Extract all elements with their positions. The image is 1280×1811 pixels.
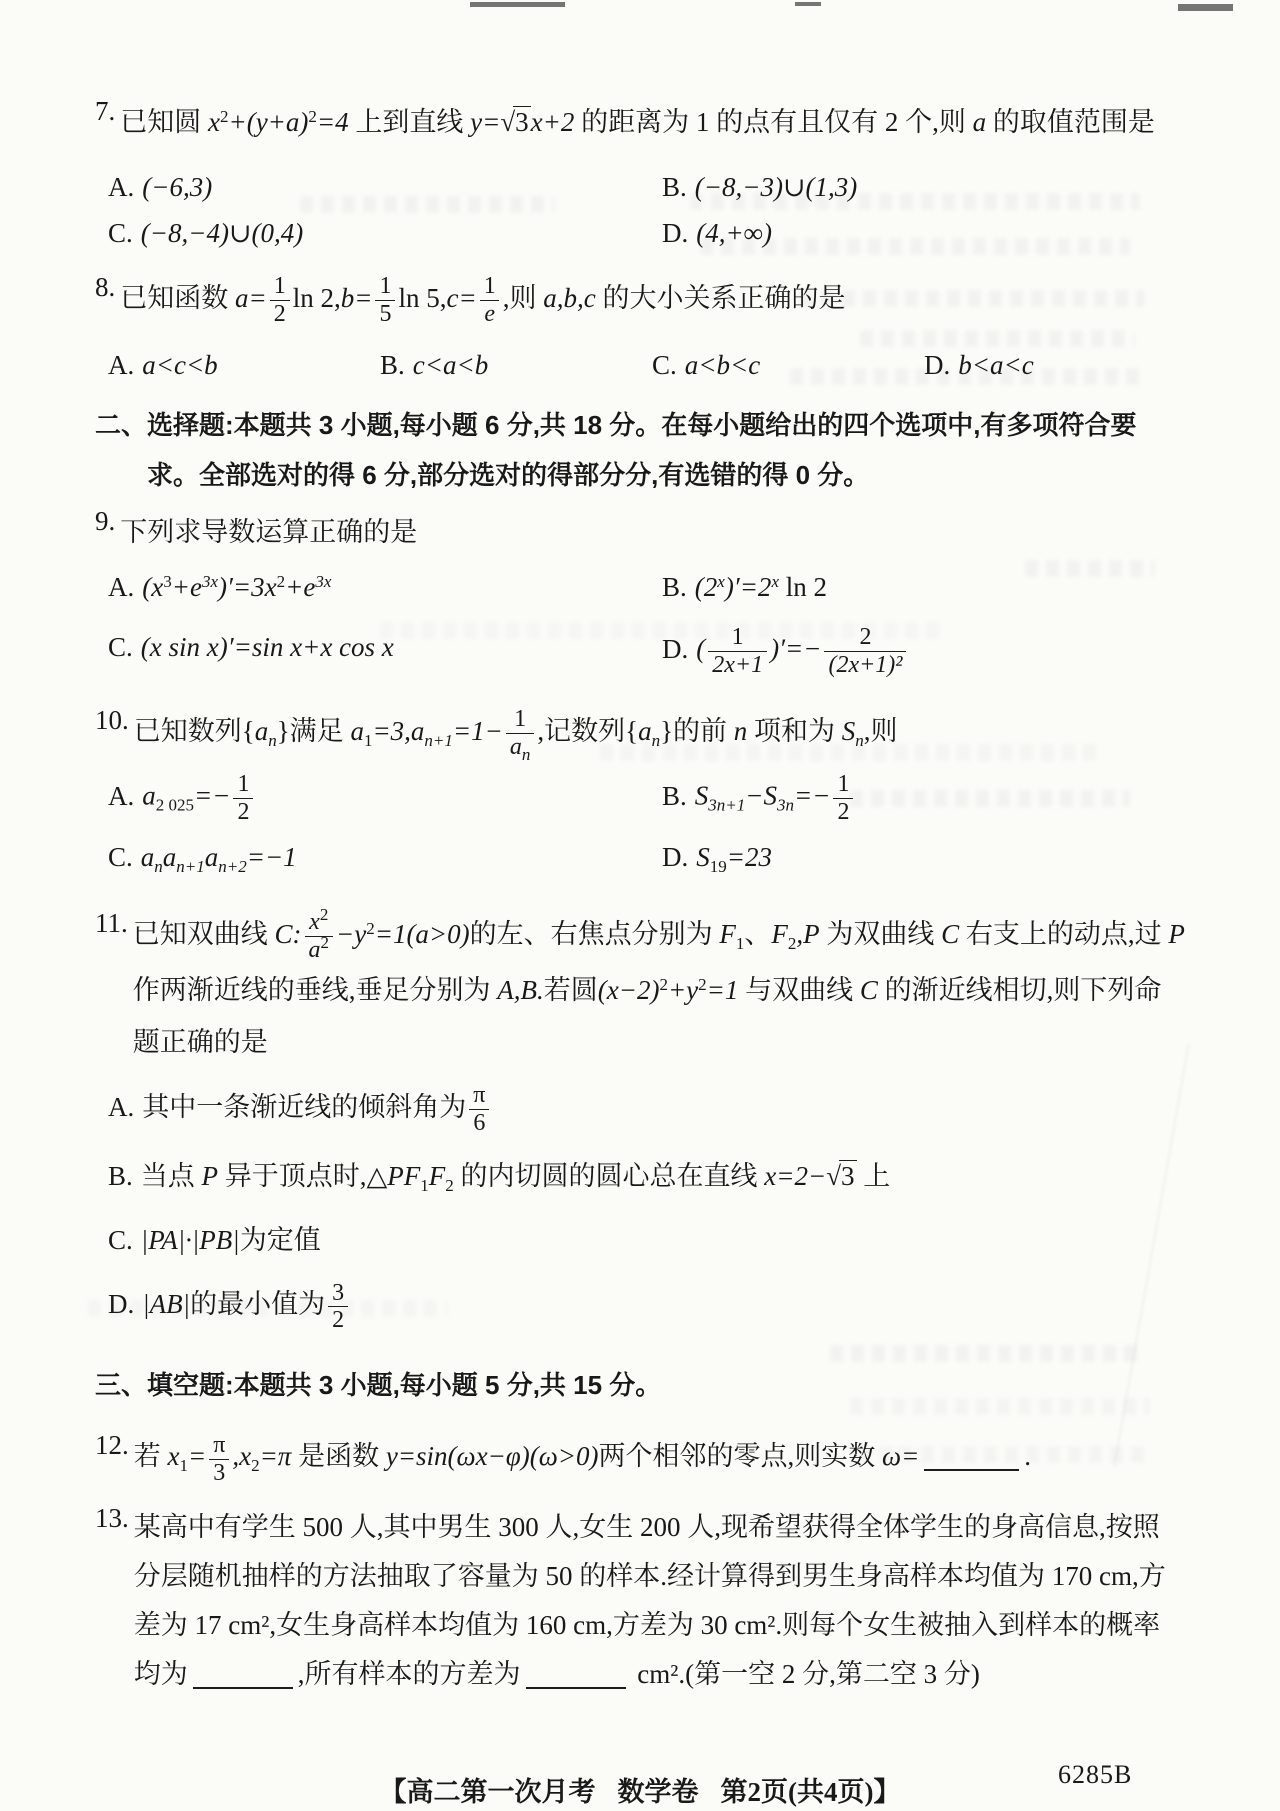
option-D: D.|AB|的最小值为32 [108,1279,1185,1334]
text-run: 下列求导数运算正确的是 [120,517,417,547]
math-fraction: 12 [833,771,853,826]
option-label: C. [108,632,133,662]
fraction-denominator: 5 [375,300,395,328]
math-radical: √3 [826,1161,856,1191]
options-group: A.(−6,3)B.(−8,−3)∪(1,3)C.(−8,−4)∪(0,4)D.… [108,164,1185,256]
section-header: 二、选择题:本题共 3 小题,每小题 6 分,共 18 分。在每小题给出的四个选… [95,400,1185,500]
text-run: 已知圆 [120,107,208,137]
math-superscript: 2 [321,933,330,952]
math-fraction: x2a2 [305,909,334,964]
math-run: A,B. [497,975,544,1005]
text-run: ln 2 [779,572,827,602]
text-run: ,记数列{ [537,716,638,746]
math-run: a,b,c [543,283,595,313]
math-superscript: 2 [659,975,668,994]
fraction-denominator: (2x+1)² [824,651,906,679]
option-D: D.(12x+1)′=−2(2x+1)² [662,624,1185,679]
fraction-denominator: 3 [209,1459,229,1487]
fraction-denominator: e [480,300,499,328]
option-label: B. [662,781,687,811]
question-stem: 已知函数 a=12ln 2,b=15ln 5,c=1e,则 a,b,c 的大小关… [120,272,1185,328]
question-number: 9. [95,506,115,558]
math-superscript: 3x [315,572,331,591]
text-run: ln 5, [398,283,446,313]
blank-field [924,1464,1019,1471]
question: 10.已知数列{an}满足 a1=3,an+1=1−1an,记数列{an}的前 … [95,705,1185,880]
text-run: 已知双曲线 [133,919,275,949]
text-run: 与双曲线 [738,975,860,1005]
math-run: a<b<c [685,350,760,380]
math-subscript: 2 [251,1456,260,1475]
math-fraction: 32 [328,1280,348,1335]
question-number: 8. [95,272,115,328]
math-fraction: 1e [480,273,500,328]
math-run: S [696,842,710,872]
math-run: )′=2 [725,572,772,602]
text-run: 为定值 [240,1225,321,1255]
math-run: S [695,781,709,811]
question: 12.若 x1=π3,x2=π 是函数 y=sin(ωx−φ)(ω>0)两个相邻… [95,1430,1185,1486]
text-run: cm².(第一空 2 分,第二空 3 分) [631,1659,980,1689]
math-subscript: 3n [777,796,794,815]
math-fraction: 12 [270,273,290,328]
option-B: B.S3n+1−S3n=−12 [662,771,1185,826]
fraction-denominator: 2 [270,300,290,328]
option-C: C.|PA|·|PB|为定值 [108,1215,1185,1265]
math-run: C [860,975,878,1005]
math-run: a [142,781,156,811]
math-run: x [309,909,320,935]
option-A: A.其中一条渐近线的倾斜角为π6 [108,1082,1185,1137]
fraction-numerator: 1 [270,273,290,300]
option-label: A. [108,350,134,380]
math-run: c<a<b [413,350,488,380]
exam-body: 7.已知圆 x2+(y+a)2=4 上到直线 y=√3x+2 的距离为 1 的点… [95,92,1185,1699]
math-run: |AB| [142,1289,190,1319]
math-subscript: n [652,731,661,750]
option-A: A.a2 025=−12 [108,771,662,826]
math-run: P [202,1161,219,1191]
math-run: =−1 [247,842,297,872]
fraction-numerator: 2 [855,624,875,651]
text-run: 作两渐近线的垂线,垂足分别为 [133,975,498,1005]
math-run: (x−2) [598,975,660,1005]
question-stem-row: 13.某高中有学生 500 人,其中男生 300 人,女生 200 人,现希望获… [95,1503,1185,1699]
math-run: =4 [317,107,349,137]
math-run: +(y+a) [228,107,308,137]
question-stem-row: 12.若 x1=π3,x2=π 是函数 y=sin(ωx−φ)(ω>0)两个相邻… [95,1430,1185,1486]
math-run: )′=− [770,634,821,664]
math-run: a [973,107,987,137]
option-A: A.(−6,3) [108,164,662,210]
fraction-numerator: 3 [328,1280,348,1307]
math-superscript: 2 [698,975,707,994]
question-stem: 已知数列{an}满足 a1=3,an+1=1−1an,记数列{an}的前 n 项… [134,705,1185,761]
option-label: A. [108,781,134,811]
math-subscript: n [855,731,864,750]
scan-speck [795,2,821,6]
section-number: 三、 [95,1360,147,1410]
math-run: −y [336,919,366,949]
math-superscript: x [771,572,779,591]
math-subscript: 1 [179,1456,188,1475]
text-run: 的大小关系正确的是 [596,283,846,313]
math-run: =1(a>0) [375,919,470,949]
question: 13.某高中有学生 500 人,其中男生 300 人,女生 200 人,现希望获… [95,1503,1185,1699]
math-superscript: 2 [366,919,375,938]
math-superscript: 2 [308,107,317,126]
math-run: n [734,716,748,746]
math-run: F [429,1161,446,1191]
math-run: = [188,1441,206,1471]
math-run: a [510,734,522,760]
option-B: B.(−8,−3)∪(1,3) [662,164,1185,210]
option-A: A.(x3+e3x)′=3x2+e3x [108,564,662,610]
math-subscript: 1 [420,1176,429,1195]
math-run: S [842,716,856,746]
text-run: 若圆 [544,975,598,1005]
math-run: +y [668,975,698,1005]
option-C: C.(x sin x)′=sin x+x cos x [108,624,662,679]
text-run: ln 2, [293,283,341,313]
math-subscript: n+1 [424,731,452,750]
options-group: A.a<c<bB.c<a<bC.a<b<cD.b<a<c [108,342,1185,388]
text-run: 当点 [141,1161,202,1191]
math-run: a<c<b [142,350,217,380]
option-label: C. [108,218,133,248]
math-run: ,P [796,919,819,949]
math-run: a [638,716,652,746]
option-label: D. [662,842,688,872]
blank-field [526,1682,626,1689]
math-fraction: π3 [209,1432,229,1487]
math-run: =− [194,781,230,811]
math-radical: √3 [500,107,530,137]
math-fraction: 12 [233,771,253,826]
fraction-numerator: π [209,1432,229,1459]
question-stem: 已知双曲线 C:x2a2−y2=1(a>0)的左、右焦点分别为 F1、F2,P … [133,908,1185,1068]
footer-exam-title: 【高二第一次月考 [380,1777,596,1807]
fraction-denominator: 2x+1 [708,651,767,679]
text-run: 若 [134,1441,168,1471]
text-run: 是函数 [291,1441,386,1471]
option-label: C. [108,1225,133,1255]
math-run: C: [275,919,302,949]
option-A: A.a<c<b [108,342,380,388]
text-run: 上 [857,1161,891,1191]
fraction-denominator: 2 [233,798,253,826]
question-stem: 某高中有学生 500 人,其中男生 300 人,女生 200 人,现希望获得全体… [134,1503,1185,1699]
option-label: D. [924,350,950,380]
question: 8.已知函数 a=12ln 2,b=15ln 5,c=1e,则 a,b,c 的大… [95,272,1185,388]
math-run: ,x [232,1441,251,1471]
math-run: (x [142,572,163,602]
math-subscript: 2 [445,1176,454,1195]
math-run: P [1168,919,1185,949]
question-stem: 已知圆 x2+(y+a)2=4 上到直线 y=√3x+2 的距离为 1 的点有且… [120,96,1185,148]
math-run: c= [447,283,477,313]
text-run: 其中一条渐近线的倾斜角为 [142,1092,466,1122]
math-fraction: π6 [469,1082,489,1137]
option-C: C.anan+1an+2=−1 [108,834,662,880]
question-stem: 若 x1=π3,x2=π 是函数 y=sin(ωx−φ)(ω>0)两个相邻的零点… [134,1430,1185,1486]
math-superscript: 3 [163,572,172,591]
math-subscript: n [268,731,277,750]
scan-speck [470,2,565,7]
text-run: 的内切圆的圆心总在直线 [454,1161,765,1191]
text-run: 已知函数 [120,283,235,313]
options-group: A.其中一条渐近线的倾斜角为π6B.当点 P 异于顶点时,△PF1F2 的内切圆… [108,1082,1185,1334]
math-run: (−6,3) [142,172,212,202]
math-run: x [208,107,220,137]
text-run: ,所有样本的方差为 [298,1659,521,1689]
math-run: (4,+∞) [696,218,772,248]
option-D: D.(4,+∞) [662,210,1185,256]
text-run: 两个相邻的零点,则实数 [599,1441,883,1471]
question: 7.已知圆 x2+(y+a)2=4 上到直线 y=√3x+2 的距离为 1 的点… [95,96,1185,256]
math-run: )′=3x [218,572,277,602]
math-superscript: 2 [277,572,286,591]
math-run: −S [745,781,777,811]
option-label: D. [662,634,688,664]
text-run: . [1024,1441,1031,1471]
text-run: ,则 [503,283,544,313]
option-B: B.(2x)′=2x ln 2 [662,564,1185,610]
radical-body: 3 [839,1160,857,1191]
text-run: 的最小值为 [190,1289,325,1319]
math-run: (−8,−4)∪(0,4) [141,218,304,248]
question-number: 11. [95,908,128,1068]
fraction-numerator: 1 [233,771,253,798]
scan-speck [1178,4,1233,11]
question-stem-row: 11.已知双曲线 C:x2a2−y2=1(a>0)的左、右焦点分别为 F1、F2… [95,908,1185,1068]
footer-subject: 数学卷 [618,1777,699,1807]
math-subscript: 19 [710,857,727,876]
math-run: ω= [882,1441,919,1471]
radical-sign-icon: √ [826,1161,840,1191]
paper-code: 6285B [1058,1760,1132,1790]
math-run: =23 [727,842,772,872]
option-D: D.S19=23 [662,834,1185,880]
math-run: =1− [453,716,503,746]
options-group: A.a2 025=−12B.S3n+1−S3n=−12C.anan+1an+2=… [108,771,1185,880]
option-label: A. [108,572,134,602]
section-header: 三、填空题:本题共 3 小题,每小题 5 分,共 15 分。 [95,1360,1185,1410]
math-subscript: n [154,857,163,876]
question-stem-row: 9.下列求导数运算正确的是 [95,506,1185,558]
text-run: 、 [744,919,771,949]
math-run: F [771,919,788,949]
math-fraction: 2(2x+1)² [824,624,906,679]
option-C: C.a<b<c [652,342,924,388]
radical-body: 3 [513,106,531,137]
options-group: A.(x3+e3x)′=3x2+e3xB.(2x)′=2x ln 2C.(x s… [108,564,1185,679]
math-run: =− [794,781,830,811]
text-run: }满足 [277,716,351,746]
math-fraction: 12x+1 [708,624,767,679]
math-subscript: 2 025 [156,796,194,815]
math-run: (2 [695,572,718,602]
blank-field [193,1682,293,1689]
fraction-denominator: 2 [833,798,853,826]
fraction-denominator: 6 [469,1109,489,1137]
math-run: a [163,842,177,872]
question-number: 13. [95,1503,129,1699]
option-label: C. [108,842,133,872]
fraction-numerator: π [469,1082,489,1109]
fraction-numerator: 1 [510,706,530,733]
fraction-numerator: 1 [480,273,500,300]
math-run: x=2− [764,1161,826,1191]
text-run: 的距离为 1 的点有且仅有 2 个,则 [574,107,972,137]
math-run: +e [172,572,202,602]
option-label: A. [108,1092,134,1122]
option-B: B.当点 P 异于顶点时,△PF1F2 的内切圆的圆心总在直线 x=2−√3 上 [108,1151,1185,1201]
text-run: 的左、右焦点分别为 [470,919,720,949]
math-run: y= [470,107,500,137]
text-run: 右支上的动点,过 [959,919,1168,949]
option-label: A. [108,172,134,202]
fraction-denominator: 2 [328,1306,348,1334]
option-D: D.b<a<c [924,342,1185,388]
text-run: 已知数列{ [134,716,255,746]
text-run: }的前 [660,716,734,746]
text-run: 项和为 [747,716,842,746]
math-run: b<a<c [958,350,1033,380]
math-run: y=sin(ωx−φ)(ω>0) [386,1441,599,1471]
text-run: 为双曲线 [820,919,942,949]
math-run: =1 [707,975,739,1005]
text-run: 异于顶点时,△ [218,1161,387,1191]
option-label: B. [380,350,405,380]
option-label: D. [662,218,688,248]
fraction-numerator: x2 [305,909,332,936]
text-run: 上到直线 [349,107,471,137]
option-C: C.(−8,−4)∪(0,4) [108,210,662,256]
math-run: x [168,1441,180,1471]
math-run: a [350,716,364,746]
math-run: a [141,842,155,872]
math-superscript: x [717,572,725,591]
option-label: B. [662,572,687,602]
math-superscript: 2 [320,905,329,924]
math-run: C [941,919,959,949]
option-B: B.c<a<b [380,342,652,388]
question: 9.下列求导数运算正确的是A.(x3+e3x)′=3x2+e3xB.(2x)′=… [95,506,1185,679]
math-run: (x sin x)′=sin x+x cos x [141,632,394,662]
fraction-denominator: a2 [305,936,334,964]
math-run: ( [696,634,705,664]
question-stem-row: 8.已知函数 a=12ln 2,b=15ln 5,c=1e,则 a,b,c 的大… [95,272,1185,328]
math-run: x+2 [531,107,575,137]
option-label: C. [652,350,677,380]
fraction-numerator: 1 [728,624,748,651]
section-title: 填空题:本题共 3 小题,每小题 5 分,共 15 分。 [147,1360,1185,1410]
text-run: 的取值范围是 [986,107,1155,137]
section-title: 选择题:本题共 3 小题,每小题 6 分,共 18 分。在每小题给出的四个选项中… [147,400,1185,500]
question-stem-row: 7.已知圆 x2+(y+a)2=4 上到直线 y=√3x+2 的距离为 1 的点… [95,96,1185,148]
math-superscript: 3x [202,572,218,591]
math-run: a [309,937,321,963]
footer-page-number: 第2页(共4页)】 [721,1777,901,1807]
math-run: =3,a [372,716,424,746]
math-run: PF [387,1161,420,1191]
math-run: a [255,716,269,746]
option-label: D. [108,1289,134,1319]
math-run: +e [285,572,315,602]
math-subscript: n [522,745,531,764]
math-fraction: 1an [506,706,535,761]
question: 11.已知双曲线 C:x2a2−y2=1(a>0)的左、右焦点分别为 F1、F2… [95,908,1185,1335]
question-number: 12. [95,1430,129,1486]
question-stem-row: 10.已知数列{an}满足 a1=3,an+1=1−1an,记数列{an}的前 … [95,705,1185,761]
question-stem: 下列求导数运算正确的是 [120,506,1185,558]
math-subscript: 3n+1 [708,796,745,815]
math-run: a= [235,283,267,313]
text-run: ,则 [864,716,898,746]
math-subscript: n+2 [218,857,246,876]
fraction-denominator: an [506,733,535,761]
math-run: |PA|·|PB| [141,1225,240,1255]
question-number: 10. [95,705,129,761]
question-number: 7. [95,96,115,148]
math-subscript: n+1 [176,857,204,876]
math-run: a [205,842,219,872]
fraction-numerator: 1 [375,273,395,300]
option-label: B. [108,1161,133,1191]
math-run: (−8,−3)∪(1,3) [695,172,858,202]
math-run: =π [260,1441,292,1471]
option-label: B. [662,172,687,202]
exam-page: 7.已知圆 x2+(y+a)2=4 上到直线 y=√3x+2 的距离为 1 的点… [0,0,1280,1811]
fraction-numerator: 1 [833,771,853,798]
math-run: F [719,919,736,949]
math-run: b= [341,283,373,313]
math-fraction: 15 [375,273,395,328]
section-number: 二、 [95,400,147,500]
